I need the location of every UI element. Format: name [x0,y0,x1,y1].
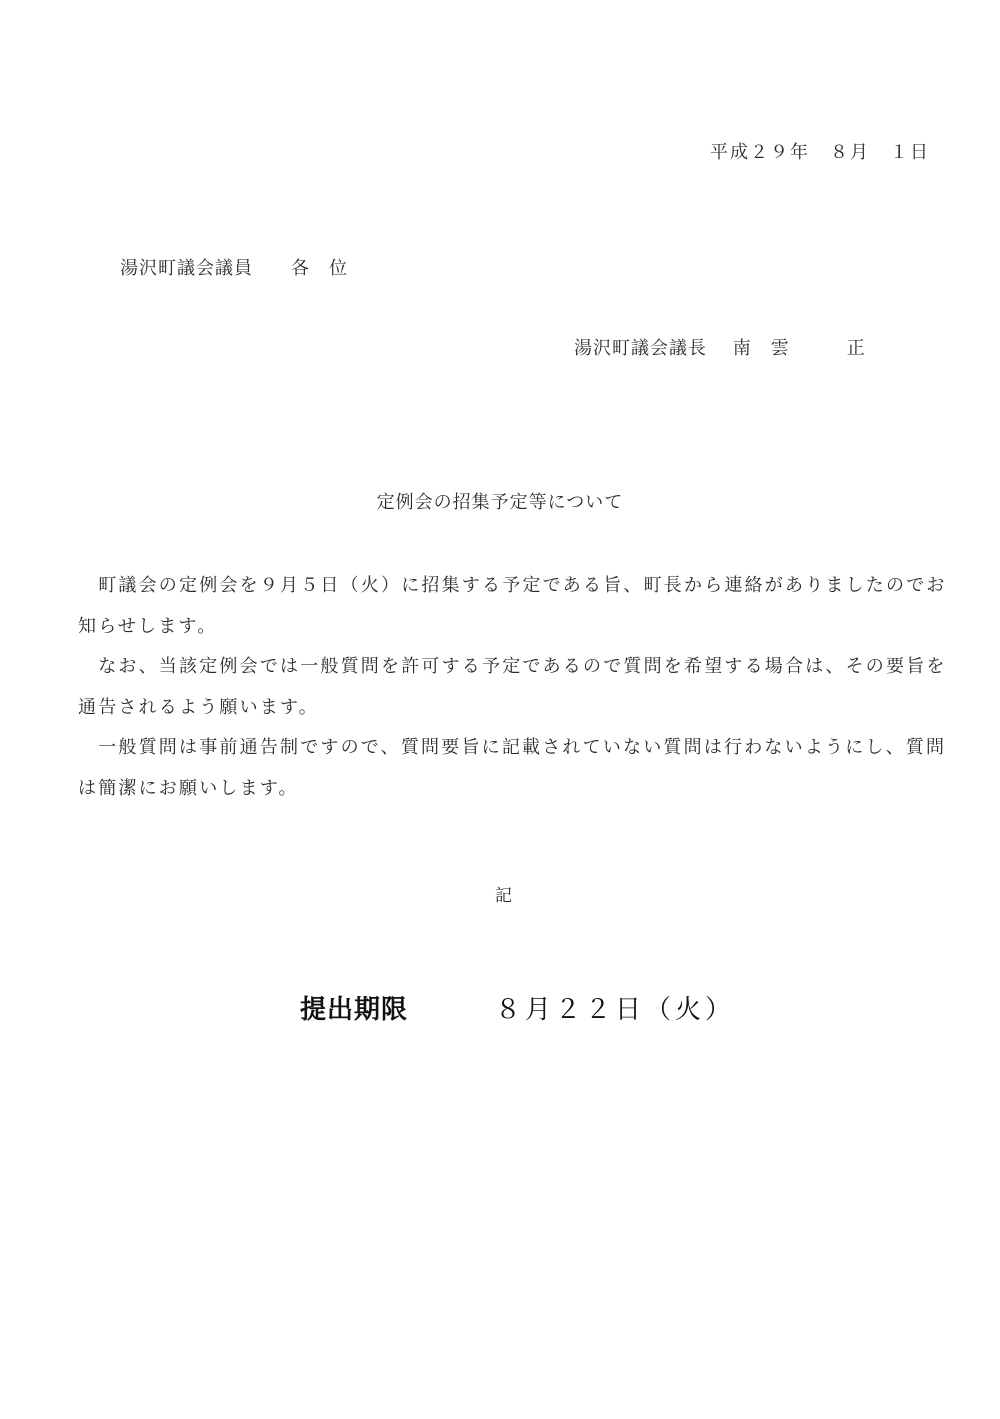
deadline-label: 提出期限 [300,993,408,1027]
paragraph-general-questions: なお、当該定例会では一般質問を許可する予定であるので質問を希望する場合は、その要… [78,647,958,728]
document-page: 平成２９年 ８月 １日 湯沢町議会議員 各 位 湯沢町議会議長 南 雲 正 定例… [0,0,1000,1419]
addressee: 湯沢町議会議員 各 位 [120,257,348,281]
deadline-value: ８月２２日（火） [495,993,735,1027]
ki-heading: 記 [0,884,1000,908]
body-text: 町議会の定例会を９月５日（火）に招集する予定である旨、町長から連絡がありましたの… [78,566,958,809]
sender: 湯沢町議会議長 南 雲 正 [574,337,866,361]
paragraph-convening-notice: 町議会の定例会を９月５日（火）に招集する予定である旨、町長から連絡がありましたの… [78,566,958,647]
paragraph-advance-notice-rule: 一般質問は事前通告制ですので、質問要旨に記載されていない質問は行わないようにし、… [78,728,958,809]
document-title: 定例会の招集予定等について [0,491,1000,515]
document-date: 平成２９年 ８月 １日 [710,141,930,165]
